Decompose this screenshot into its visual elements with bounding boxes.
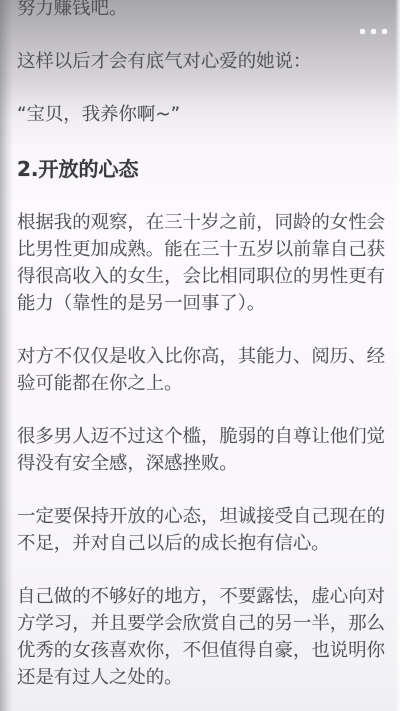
right-edge-highlight <box>395 0 400 711</box>
paragraph-earn-money: 努力赚钱吧。 <box>17 0 385 22</box>
paragraph-keep-open-mindset: 一定要保持开放的心态，坦诚接受自己现在的不足，并对自己以后的成长抱有信心。 <box>17 503 385 557</box>
article-body: 努力赚钱吧。 这样以后才会有底气对心爱的她说： “宝贝，我养你啊~” 2.开放的… <box>17 0 385 711</box>
paragraph-observation: 根据我的观察，在三十岁之前，同龄的女性会比男性更加成熟。能在三十五岁以前靠自己获… <box>17 209 385 317</box>
paragraph-confidence-to-say: 这样以后才会有底气对心爱的她说： <box>17 48 385 75</box>
paragraph-quote-baobei: “宝贝，我养你啊~” <box>17 101 385 128</box>
paragraph-learn-and-appreciate: 自己做的不够好的地方，不要露怯，虚心向对方学习，并且要学会欣赏自己的另一半，那么… <box>17 583 385 691</box>
left-edge-shadow <box>0 0 13 711</box>
paragraph-ability-above-you: 对方不仅仅是收入比你高，其能力、阅历、经验可能都在你之上。 <box>17 343 385 397</box>
section-heading-open-mindset: 2.开放的心态 <box>17 156 385 183</box>
paragraph-fragile-self-esteem: 很多男人迈不过这个槛，脆弱的自尊让他们觉得没有安全感，深感挫败。 <box>17 423 385 477</box>
